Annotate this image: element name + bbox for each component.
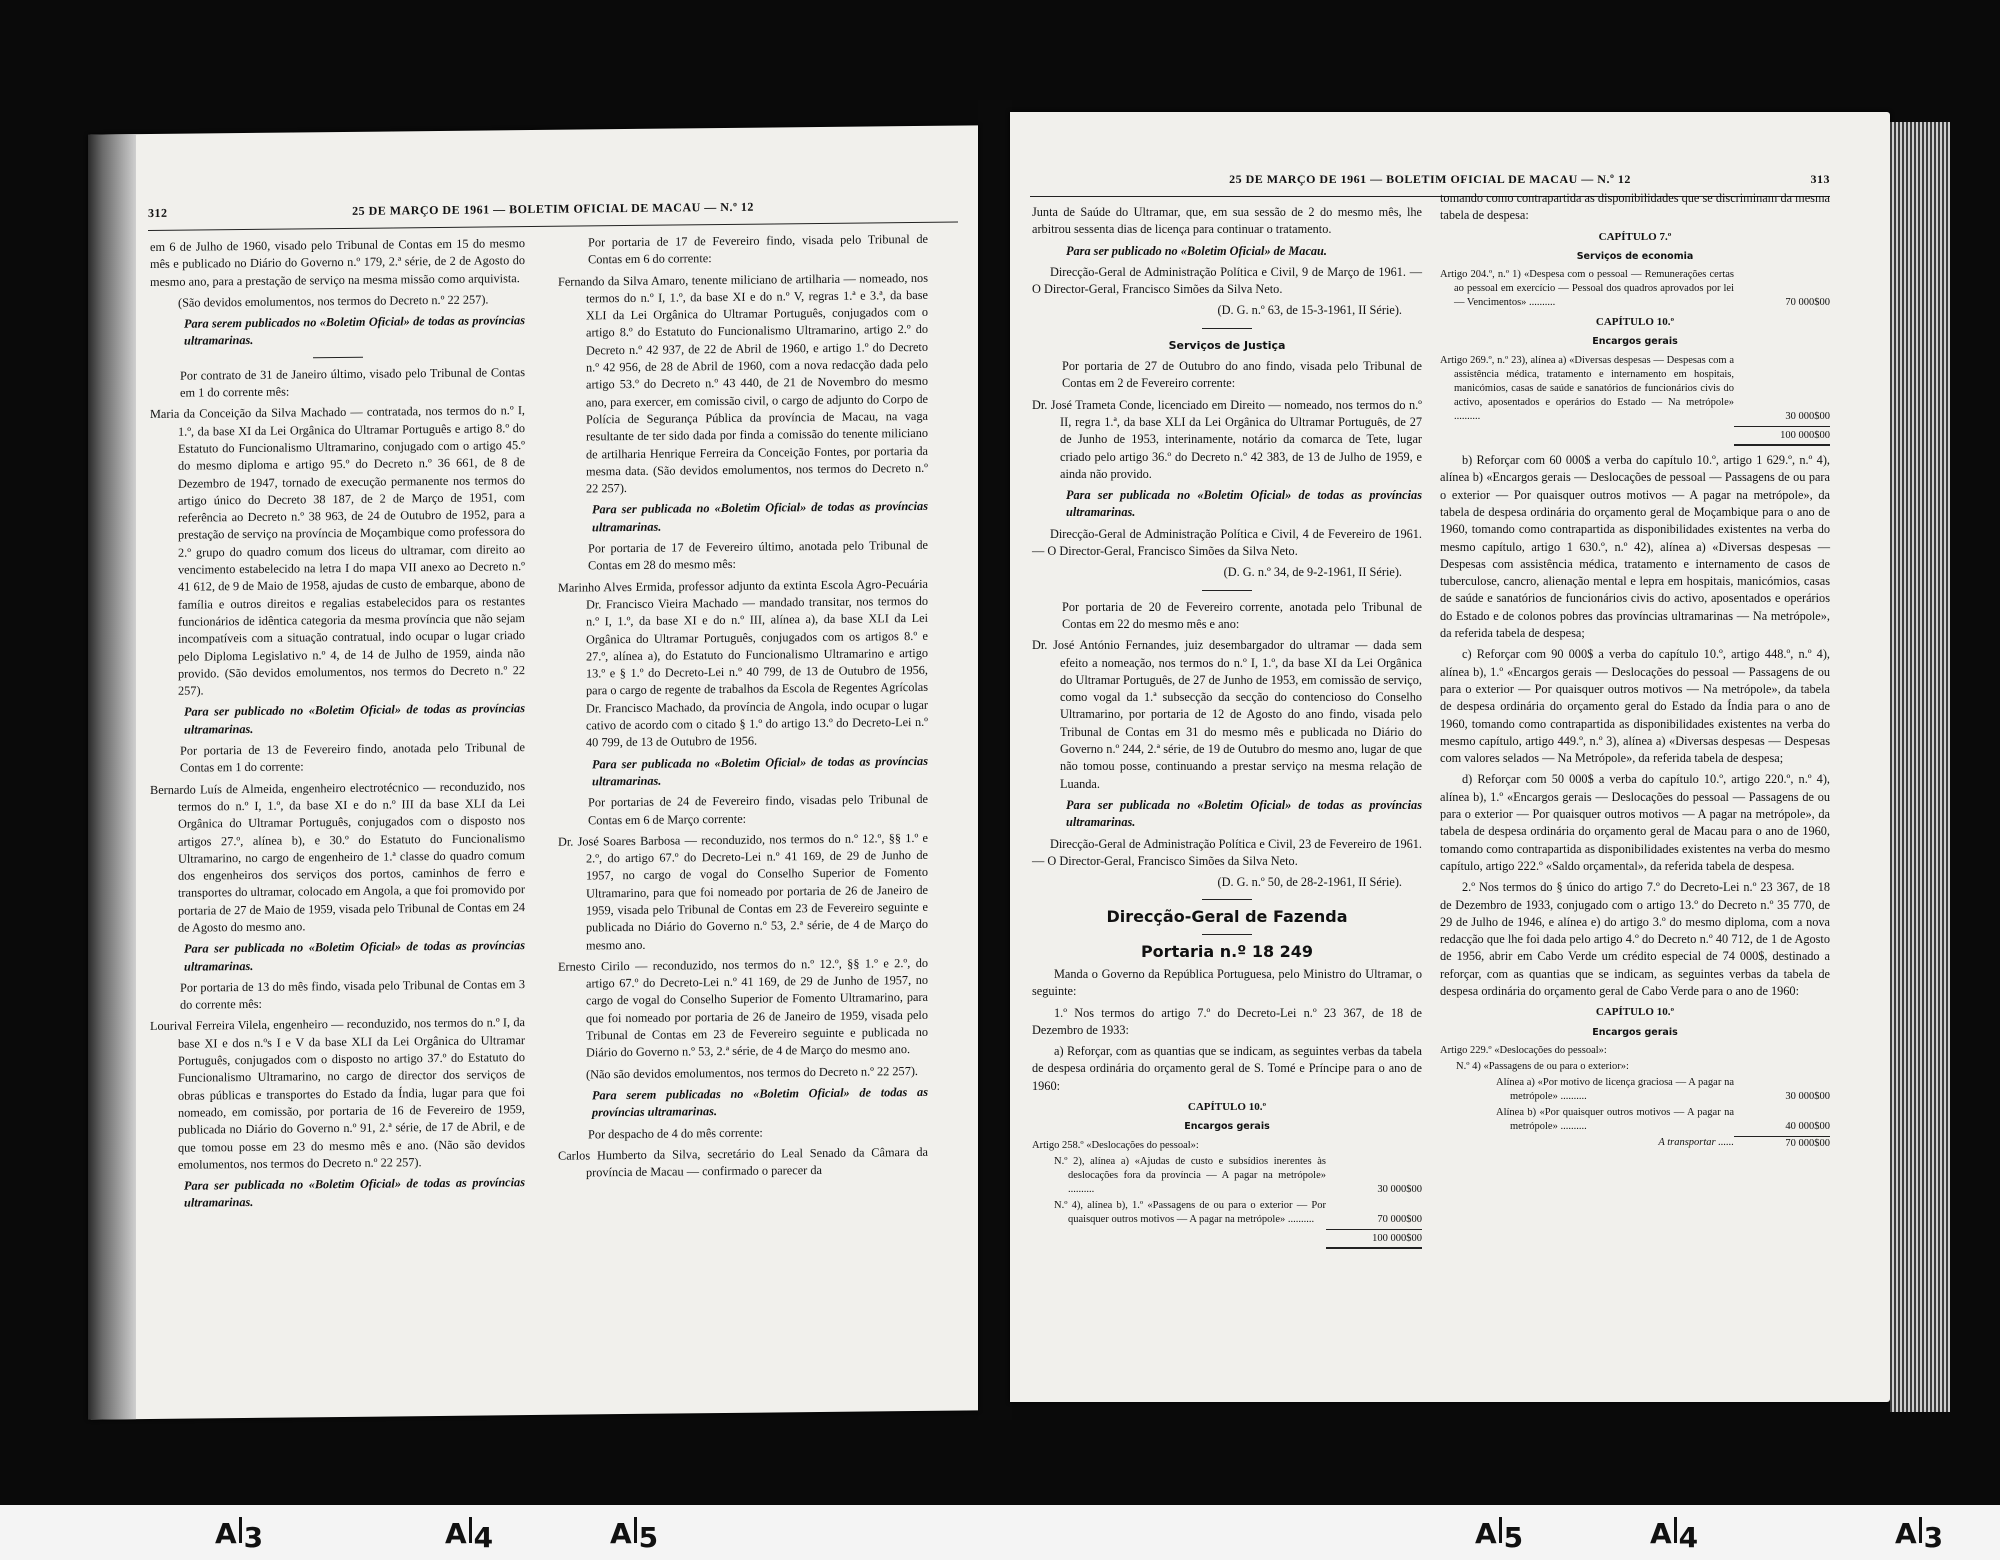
right-column-1: Junta de Saúde do Ultramar, que, em sua …: [1032, 204, 1422, 1255]
film-frame-marker: A4: [445, 1517, 493, 1554]
budget-total: 100 000$00: [1440, 426, 1830, 452]
act-intro: Por portaria de 17 de Fevereiro último, …: [558, 537, 928, 575]
film-frame-marker: A3: [1895, 1517, 1943, 1554]
act-entry: Lourival Ferreira Vilela, engenheiro — r…: [150, 1015, 525, 1175]
paragraph: a) Reforçar, com as quantias que se indi…: [1032, 1043, 1422, 1095]
budget-row-amount: 40 000$00: [1734, 1120, 1830, 1134]
act-entry: Carlos Humberto da Silva, secretário do …: [558, 1144, 928, 1182]
publication-note: Para ser publicado no «Boletim Oficial» …: [1032, 243, 1422, 260]
emolument-note: (Não são devidos emolumentos, nos termos…: [558, 1063, 928, 1084]
chapter-heading: CAPÍTULO 10.º: [1440, 314, 1830, 331]
right-column-2: tomando como contrapartida as disponibil…: [1440, 190, 1830, 1153]
paragraph: 2.º Nos termos do § único do artigo 7.º …: [1440, 879, 1830, 1000]
act-entry: Marinho Alves Ermida, professor adjunto …: [558, 576, 928, 753]
budget-row: Alínea a) «Por motivo de licença gracios…: [1440, 1076, 1830, 1104]
left-column-1: em 6 de Julho de 1960, visado pelo Tribu…: [150, 235, 525, 1217]
chapter-subheading: Encargos gerais: [1440, 333, 1830, 350]
chapter-heading: CAPÍTULO 10.º: [1032, 1099, 1422, 1116]
publication-note: Para serem publicadas no «Boletim Oficia…: [558, 1084, 928, 1122]
act-intro: Por portaria de 17 de Fevereiro findo, v…: [558, 231, 928, 269]
act-entry: Bernardo Luís de Almeida, engenheiro ele…: [150, 778, 525, 938]
paragraph: tomando como contrapartida as disponibil…: [1440, 190, 1830, 225]
divider: [313, 357, 363, 359]
signature-line: Direcção-Geral de Administração Política…: [1032, 526, 1422, 561]
budget-table: Artigo 269.º, n.º 23), alínea a) «Divers…: [1440, 354, 1830, 424]
right-page: 25 DE MARÇO DE 1961 — BOLETIM OFICIAL DE…: [1010, 112, 1890, 1402]
act-entry: Dr. José António Fernandes, juiz desemba…: [1032, 637, 1422, 793]
paragraph: Manda o Governo da República Portuguesa,…: [1032, 966, 1422, 1001]
budget-row-amount: 30 000$00: [1326, 1183, 1422, 1197]
budget-table: Artigo 204.º, n.º 1) «Despesa com o pess…: [1440, 268, 1830, 310]
act-intro: Por contrato de 31 de Janeiro último, vi…: [150, 364, 525, 403]
budget-row: Alínea b) «Por quaisquer outros motivos …: [1440, 1106, 1830, 1134]
section-heading: Serviços de Justiça: [1032, 337, 1422, 354]
paragraph: d) Reforçar com 50 000$ a verba do capít…: [1440, 771, 1830, 875]
budget-row-amount: 70 000$00: [1326, 1213, 1422, 1227]
publication-note: Para ser publicada no «Boletim Oficial» …: [150, 1174, 525, 1213]
act-entry: Dr. José Trameta Conde, licenciado em Di…: [1032, 397, 1422, 483]
act-intro: Por portaria de 13 de Fevereiro findo, a…: [150, 739, 525, 778]
budget-row: N.º 4), alínea b), 1.º «Passagens de ou …: [1032, 1199, 1422, 1227]
budget-row-amount: 30 000$00: [1734, 410, 1830, 424]
act-intro: Por portaria de 13 do mês findo, visada …: [150, 976, 525, 1015]
emolument-note: (São devidos emolumentos, nos termos do …: [150, 291, 525, 312]
publication-note: Para ser publicada no «Boletim Oficial» …: [558, 752, 928, 790]
budget-row-amount: 30 000$00: [1734, 1090, 1830, 1104]
publication-note: Para ser publicada no «Boletim Oficial» …: [558, 498, 928, 536]
divider: [1202, 899, 1252, 900]
film-frame-marker: A4: [1650, 1517, 1698, 1554]
act-entry: Maria da Conceição da Silva Machado — co…: [150, 402, 525, 700]
budget-total: 100 000$00: [1032, 1229, 1422, 1255]
department-heading: Direcção-Geral de Fazenda: [1032, 908, 1422, 925]
budget-row-description: Artigo 269.º, n.º 23), alínea a) «Divers…: [1440, 354, 1734, 424]
act-entry: Dr. José Soares Barbosa — reconduzido, n…: [558, 830, 928, 955]
act-entry: Fernando da Silva Amaro, tenente milicia…: [558, 269, 928, 498]
paragraph: b) Reforçar com 60 000$ a verba do capít…: [1440, 452, 1830, 642]
act-entry: Ernesto Cirilo — reconduzido, nos termos…: [558, 955, 928, 1063]
left-page: 312 25 DE MARÇO DE 1961 — BOLETIM OFICIA…: [88, 125, 978, 1419]
film-strip: A3A4A5A5A4A3: [0, 1505, 2000, 1560]
running-title: 25 DE MARÇO DE 1961 — BOLETIM OFICIAL DE…: [352, 200, 754, 219]
budget-row-description: Alínea b) «Por quaisquer outros motivos …: [1440, 1106, 1734, 1134]
portaria-title: Portaria n.º 18 249: [1032, 943, 1422, 960]
running-title: 25 DE MARÇO DE 1961 — BOLETIM OFICIAL DE…: [1229, 172, 1631, 187]
publication-note: Para ser publicada no «Boletim Oficial» …: [150, 937, 525, 976]
film-frame-marker: A5: [1475, 1517, 1523, 1554]
page-stack-edge: [1890, 122, 1950, 1412]
left-column-2: Por portaria de 17 de Fevereiro findo, v…: [558, 231, 928, 1186]
budget-article: Artigo 229.º «Deslocações do pessoal»:: [1440, 1044, 1830, 1058]
divider: [1202, 590, 1252, 591]
budget-article: N.º 4) «Passagens de ou para o exterior»…: [1440, 1060, 1830, 1074]
chapter-heading: CAPÍTULO 10.º: [1440, 1004, 1830, 1021]
signature-line: Direcção-Geral de Administração Política…: [1032, 836, 1422, 871]
page-number: 313: [1811, 172, 1831, 187]
gazette-reference: (D. G. n.º 50, de 28-2-1961, II Série).: [1032, 874, 1422, 891]
act-intro: Por portaria de 20 de Fevereiro corrente…: [1032, 599, 1422, 634]
carry-forward: A transportar ...... 70 000$00: [1440, 1136, 1830, 1151]
budget-row-description: N.º 2), alínea a) «Ajudas de custo e sub…: [1032, 1155, 1326, 1197]
paragraph: c) Reforçar com 90 000$ a verba do capít…: [1440, 646, 1830, 767]
budget-row: N.º 2), alínea a) «Ajudas de custo e sub…: [1032, 1155, 1422, 1197]
act-intro: Por portaria de 27 de Outubro do ano fin…: [1032, 358, 1422, 393]
gazette-reference: (D. G. n.º 63, de 15-3-1961, II Série).: [1032, 302, 1422, 319]
chapter-subheading: Serviços de economia: [1440, 248, 1830, 265]
book-gutter: [978, 100, 1012, 1420]
budget-row: Artigo 269.º, n.º 23), alínea a) «Divers…: [1440, 354, 1830, 424]
paragraph: 1.º Nos termos do artigo 7.º do Decreto-…: [1032, 1005, 1422, 1040]
paragraph: Junta de Saúde do Ultramar, que, em sua …: [1032, 204, 1422, 239]
publication-note: Para ser publicada no «Boletim Oficial» …: [1032, 797, 1422, 832]
gazette-reference: (D. G. n.º 34, de 9-2-1961, II Série).: [1032, 564, 1422, 581]
budget-table: N.º 2), alínea a) «Ajudas de custo e sub…: [1032, 1155, 1422, 1227]
publication-note: Para ser publicada no «Boletim Oficial» …: [1032, 487, 1422, 522]
signature-line: Direcção-Geral de Administração Política…: [1032, 264, 1422, 299]
publication-note: Para serem publicados no «Boletim Oficia…: [150, 312, 525, 351]
divider: [1202, 328, 1252, 329]
page-edge: [88, 134, 136, 1420]
page-header: 312 25 DE MARÇO DE 1961 — BOLETIM OFICIA…: [148, 198, 958, 231]
chapter-subheading: Encargos gerais: [1440, 1024, 1830, 1041]
budget-row-amount: 70 000$00: [1734, 296, 1830, 310]
budget-row-description: Artigo 204.º, n.º 1) «Despesa com o pess…: [1440, 268, 1734, 310]
budget-row: Artigo 204.º, n.º 1) «Despesa com o pess…: [1440, 268, 1830, 310]
film-frame-marker: A5: [610, 1517, 658, 1554]
budget-row-description: Alínea a) «Por motivo de licença gracios…: [1440, 1076, 1734, 1104]
paragraph: em 6 de Julho de 1960, visado pelo Tribu…: [150, 235, 525, 291]
divider: [1202, 934, 1252, 935]
film-frame-marker: A3: [215, 1517, 263, 1554]
publication-note: Para ser publicado no «Boletim Oficial» …: [150, 701, 525, 740]
chapter-heading: CAPÍTULO 7.º: [1440, 229, 1830, 246]
page-number: 312: [148, 206, 168, 221]
budget-table: Alínea a) «Por motivo de licença gracios…: [1440, 1076, 1830, 1134]
budget-row-description: N.º 4), alínea b), 1.º «Passagens de ou …: [1032, 1199, 1326, 1227]
act-intro: Por portarias de 24 de Fevereiro findo, …: [558, 791, 928, 829]
act-intro: Por despacho de 4 do mês corrente:: [558, 1122, 928, 1143]
chapter-subheading: Encargos gerais: [1032, 1118, 1422, 1135]
budget-article: Artigo 258.º «Deslocações do pessoal»:: [1032, 1139, 1422, 1153]
